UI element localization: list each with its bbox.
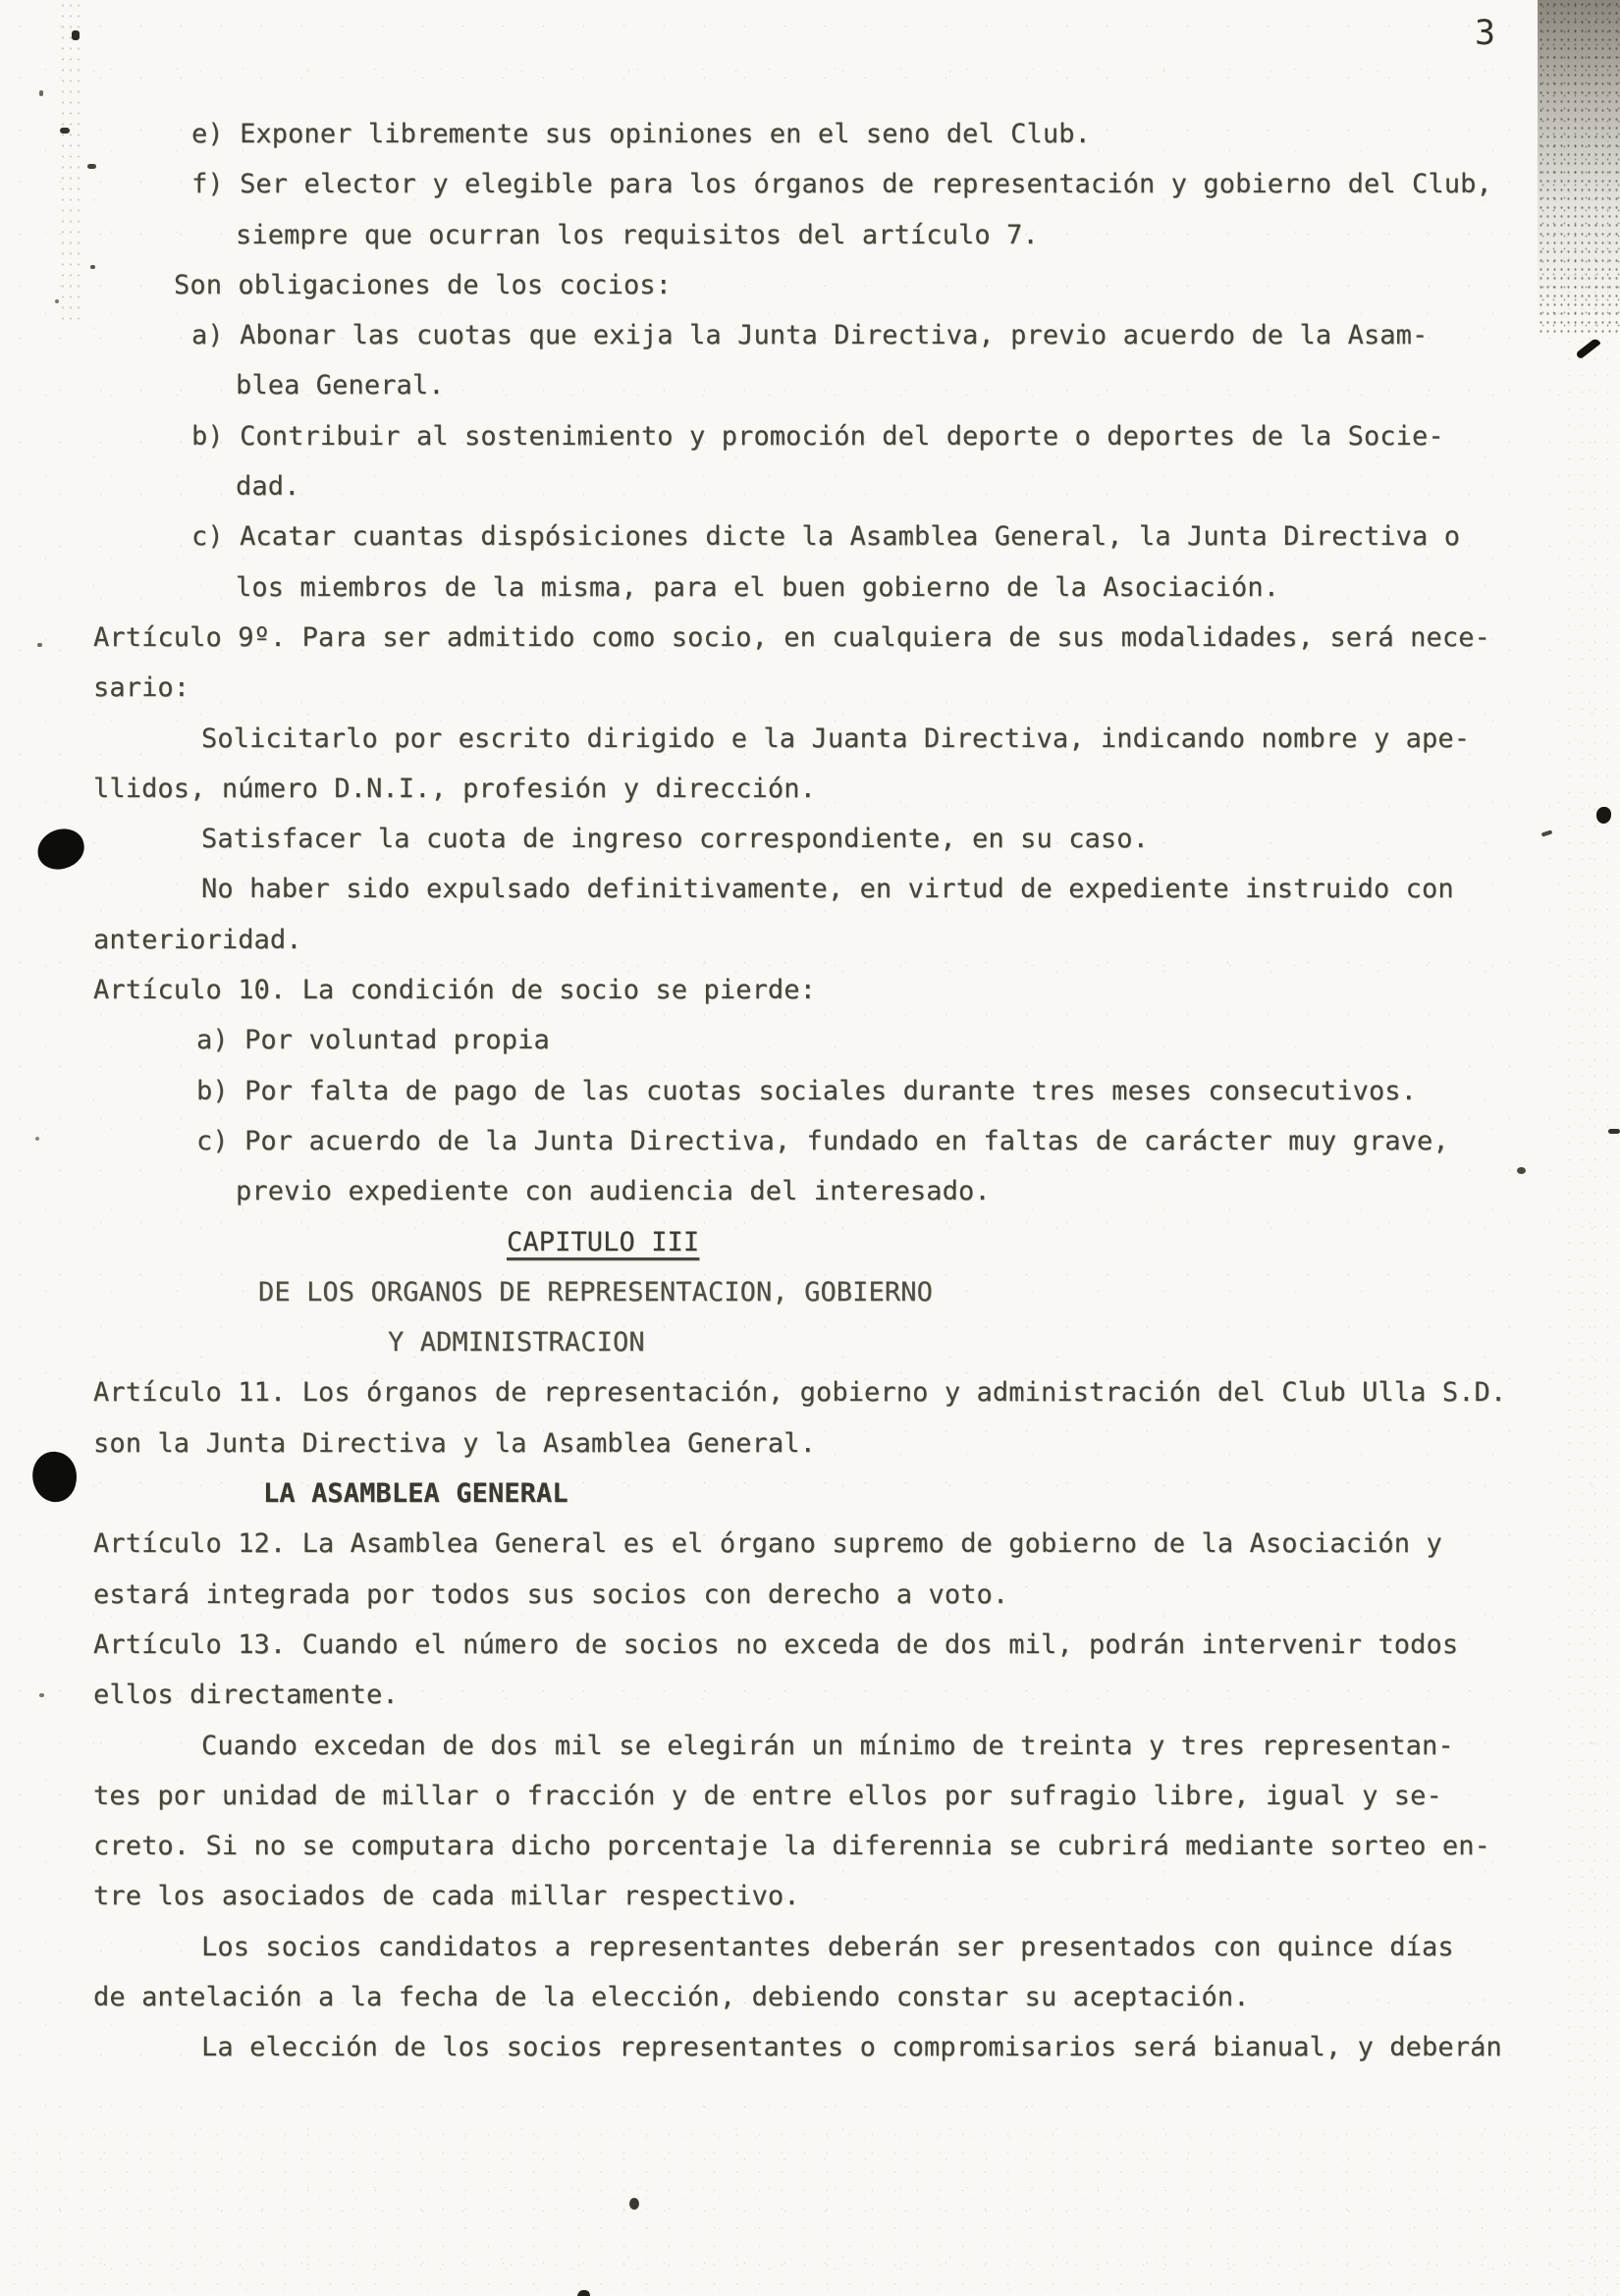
scan-speck <box>39 90 43 96</box>
text-line: No haber sido expulsado definitivamente,… <box>201 864 1546 914</box>
text-line: Artículo 12. La Asamblea General es el ó… <box>93 1519 1546 1569</box>
text-line: ellos directamente. <box>93 1670 1546 1720</box>
scan-speck <box>35 1137 39 1141</box>
scan-speck <box>60 128 70 133</box>
hole-punch <box>29 1450 79 1504</box>
text-line: c) Por acuerdo de la Junta Directiva, fu… <box>196 1116 1546 1166</box>
chapter-subheading: DE LOS ORGANOS DE REPRESENTACION, GOBIER… <box>258 1267 1546 1317</box>
text-line: llidos, número D.N.I., profesión y direc… <box>93 764 1546 814</box>
text-line: e) Exponer libremente sus opiniones en e… <box>191 109 1546 159</box>
text-line: son la Junta Directiva y la Asamblea Gen… <box>93 1418 1546 1468</box>
ink-mark <box>1608 1129 1620 1134</box>
text-line: dad. <box>236 461 1546 511</box>
text-line: tes por unidad de millar o fracción y de… <box>93 1771 1546 1821</box>
text-line: Son obligaciones de los cocios: <box>174 260 1546 310</box>
text-line: La elección de los socios representantes… <box>201 2022 1546 2072</box>
text-line: Los socios candidatos a representantes d… <box>201 1922 1546 1972</box>
text-line: a) Abonar las cuotas que exija la Junta … <box>191 310 1546 360</box>
scan-speck <box>72 30 80 40</box>
text-line: los miembros de la misma, para el buen g… <box>236 562 1546 613</box>
text-line: previo expediente con audiencia del inte… <box>236 1166 1546 1216</box>
text-line: siempre que ocurran los requisitos del a… <box>236 210 1546 260</box>
scan-speck <box>87 164 96 169</box>
typewriter-text: e) Exponer libremente sus opiniones en e… <box>93 109 1546 2073</box>
scan-speck <box>37 643 42 647</box>
scan-speck <box>55 299 59 303</box>
section-heading: LA ASAMBLEA GENERAL <box>263 1468 1546 1519</box>
text-line: anterioridad. <box>93 915 1546 965</box>
scan-speck <box>629 2198 639 2210</box>
text-line: a) Por voluntad propia <box>196 1015 1546 1065</box>
text-line: Cuando excedan de dos mil se elegirán un… <box>201 1721 1546 1771</box>
text-line: Artículo 13. Cuando el número de socios … <box>93 1620 1546 1670</box>
text-line: Solicitarlo por escrito dirigido e la Ju… <box>201 714 1546 764</box>
text-line: blea General. <box>236 360 1546 410</box>
page-number: 3 <box>1475 14 1496 53</box>
text-line: estará integrada por todos sus socios co… <box>93 1570 1546 1620</box>
scan-edge-left <box>59 0 81 324</box>
text-line: Artículo 10. La condición de socio se pi… <box>93 965 1546 1015</box>
text-line: Artículo 11. Los órganos de representaci… <box>93 1367 1546 1417</box>
chapter-heading: CAPITULO III <box>507 1217 1546 1267</box>
text-line: c) Acatar cuantas dispósiciones dicte la… <box>191 511 1546 561</box>
hole-punch <box>33 825 88 874</box>
text-line: tre los asociados de cada millar respect… <box>93 1871 1546 1921</box>
text-line: Artículo 9º. Para ser admitido como soci… <box>93 613 1546 663</box>
document-page: 3 e) Exponer libremente sus opiniones en… <box>0 0 1620 2296</box>
text-line: creto. Si no se computara dicho porcenta… <box>93 1821 1546 1871</box>
text-line: b) Contribuir al sostenimiento y promoci… <box>191 411 1546 461</box>
text-line: f) Ser elector y elegible para los órgan… <box>191 159 1546 209</box>
text-line: b) Por falta de pago de las cuotas socia… <box>196 1066 1546 1116</box>
scan-speck <box>90 265 95 269</box>
chapter-subheading: Y ADMINISTRACION <box>388 1317 1546 1367</box>
text-line: de antelación a la fecha de la elección,… <box>93 1972 1546 2022</box>
scan-speck <box>39 1693 44 1697</box>
scan-speck <box>577 2290 590 2296</box>
text-line: Satisfacer la cuota de ingreso correspon… <box>201 814 1546 864</box>
scan-noise-bottom <box>0 2120 1620 2296</box>
ink-mark <box>1517 1167 1526 1174</box>
scan-edge-texture <box>1538 0 1620 334</box>
text-line: sario: <box>93 663 1546 713</box>
